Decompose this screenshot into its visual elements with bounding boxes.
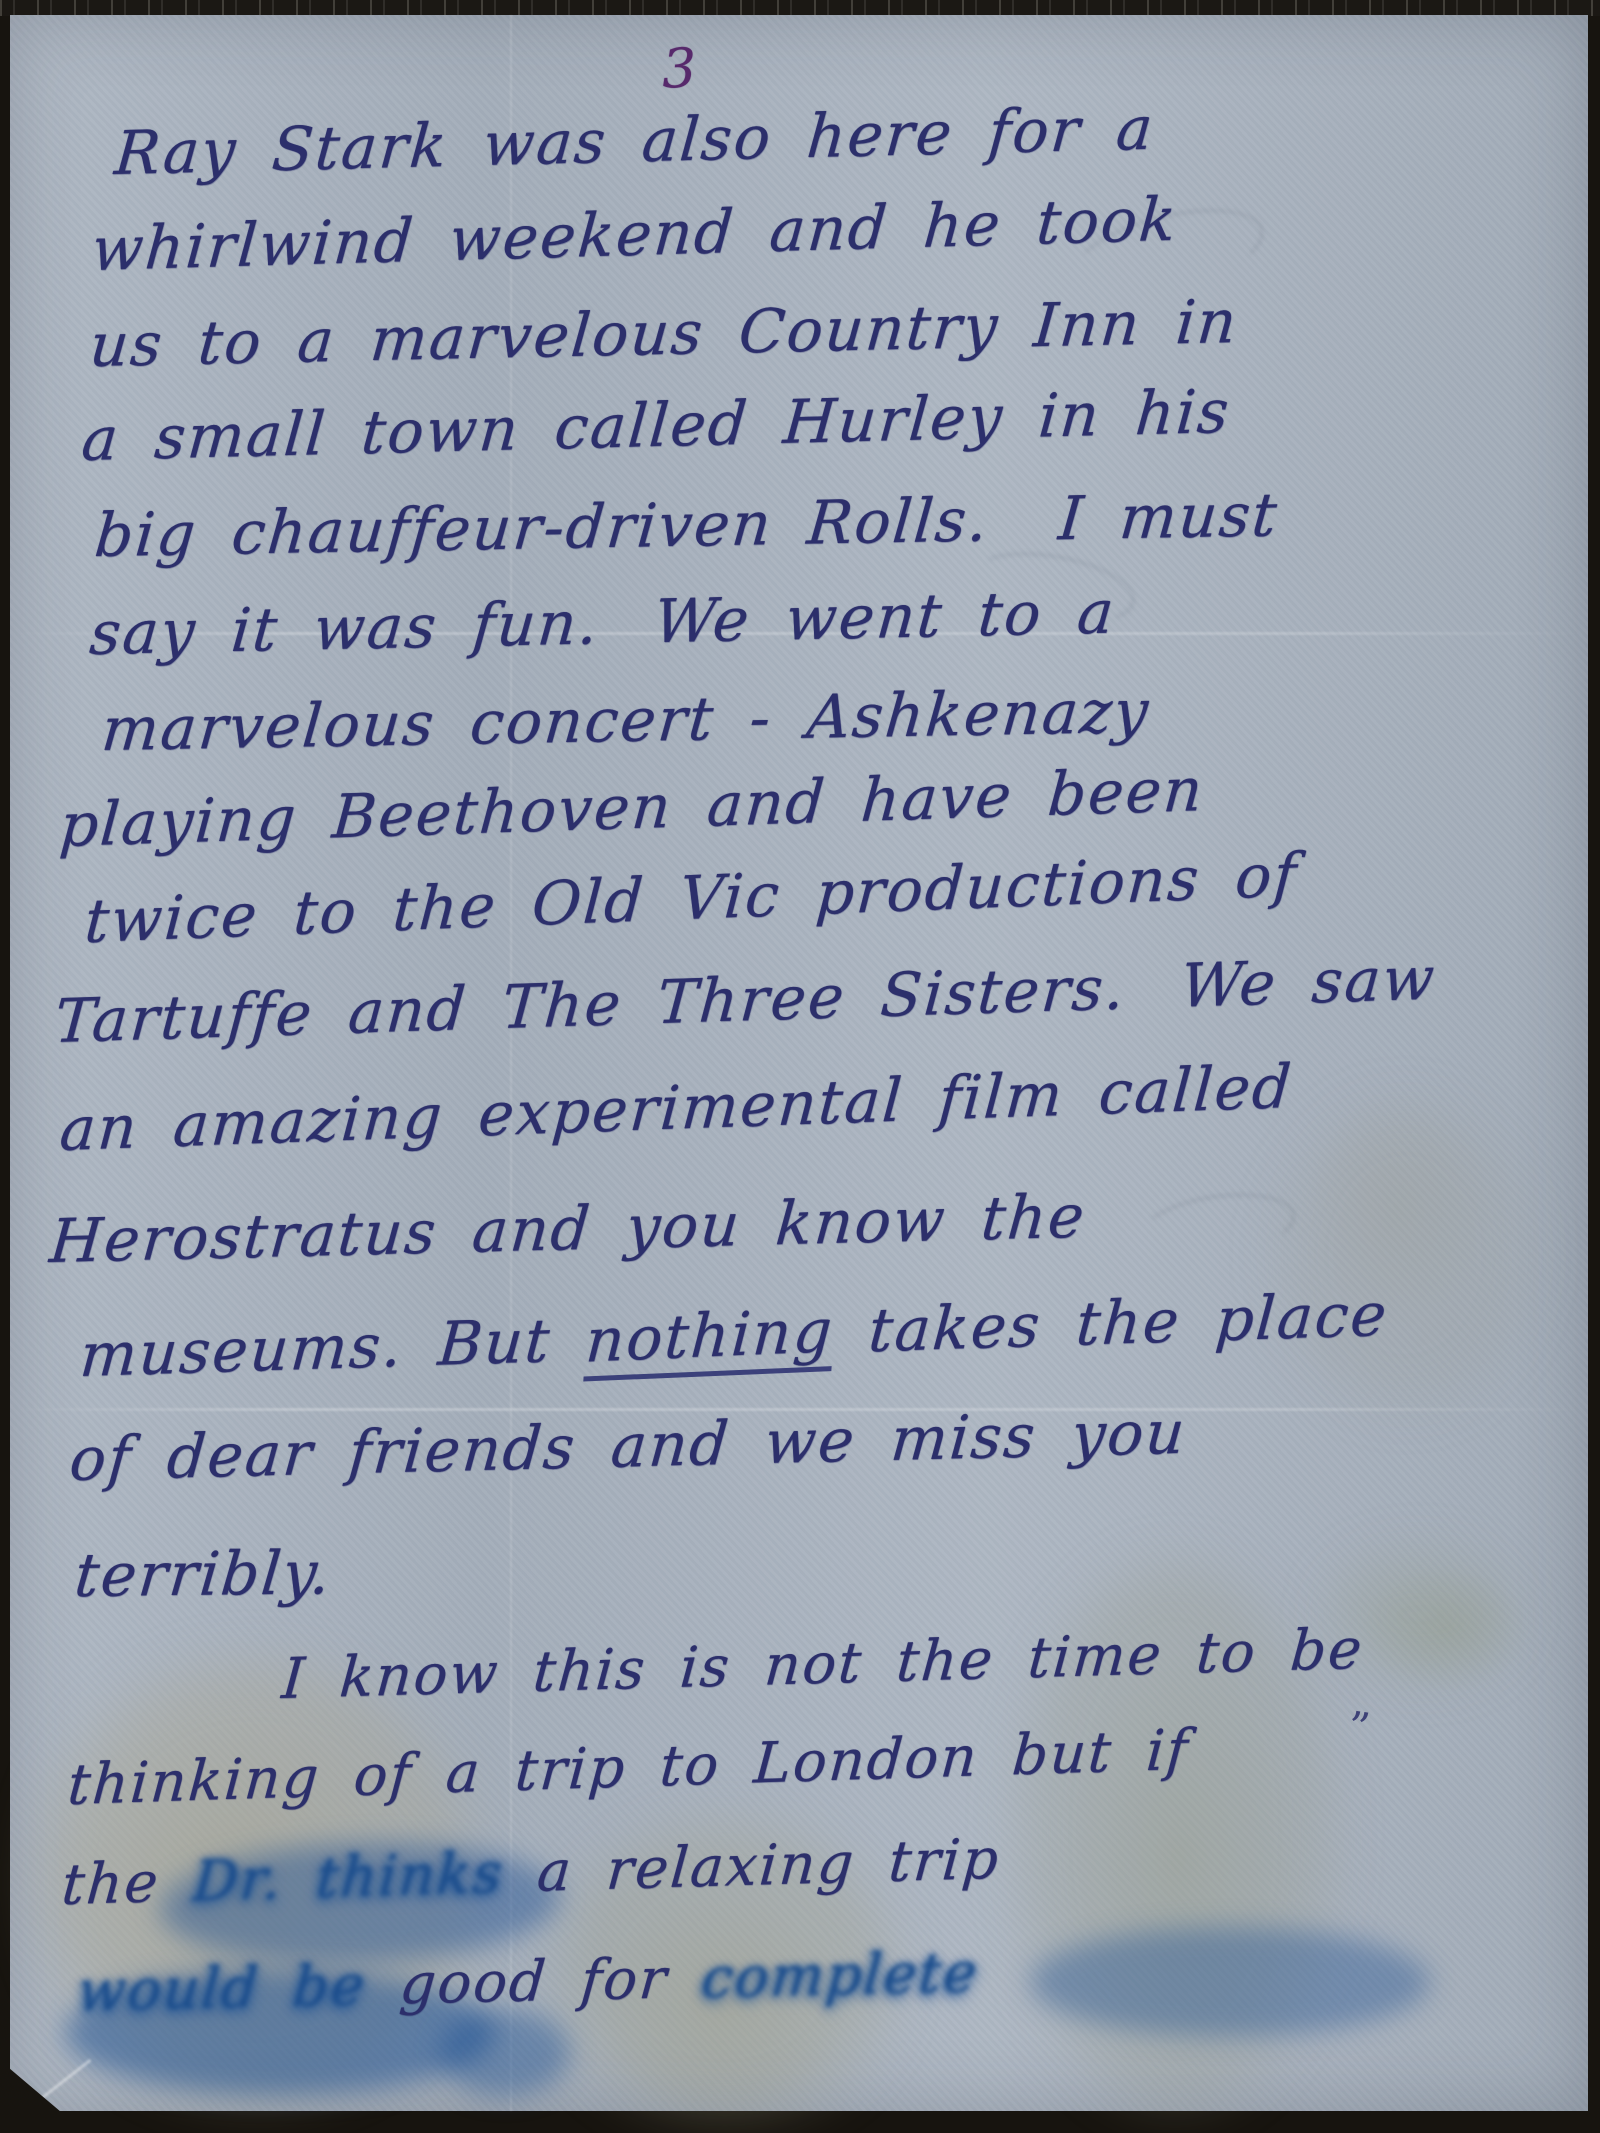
handwriting-text: the [59, 1849, 195, 1918]
handwriting-line-11: an amazing experimental film called [58, 1052, 1296, 1165]
stray-ink-mark: ” [1345, 1702, 1373, 1754]
handwriting-text: Ray Stark was also here for a [112, 94, 1157, 190]
smudged-word: Dr. thinks [191, 1841, 506, 1915]
handwriting-text: Tartuffe and The Three Sisters. [52, 953, 1128, 1057]
handwriting-text: us to a marvelous Country Inn in [87, 287, 1241, 381]
handwriting-line-07: marvelous concert - Ashkenazy [99, 677, 1153, 765]
handwriting-line-19: would be good for complete [75, 1940, 981, 2024]
handwriting-line-03: us to a marvelous Country Inn in [87, 287, 1241, 381]
handwriting-line-08: playing Beethoven and have been [57, 755, 1206, 861]
handwriting-line-16: I know this is not the time to be [279, 1617, 1365, 1712]
handwriting-text: thinking of a trip to London but if [66, 1718, 1192, 1818]
handwriting-text: say it was fun. [87, 588, 602, 669]
handwriting-line-18: the Dr. thinks a relaxing trip [59, 1827, 1002, 1918]
handwriting-text: terribly. [72, 1538, 335, 1611]
handwriting-line-04: a small town called Hurley in his [79, 377, 1233, 475]
handwriting-text: I must [1056, 480, 1281, 554]
handwriting-text: takes the place [831, 1280, 1390, 1368]
smudged-word: complete [699, 1940, 981, 2011]
handwriting-line-14: of dear friends and we miss you [67, 1398, 1189, 1495]
handwriting-text: big chauffeur-driven Rolls. [92, 485, 992, 571]
handwriting-line-01: Ray Stark was also here for a [112, 94, 1157, 190]
handwriting-text: a relaxing trip [501, 1827, 1002, 1906]
underlined-word: nothing [584, 1296, 837, 1382]
letter-body: 3 Ray Stark was also here for a whirlwin… [10, 15, 1588, 2111]
handwriting-text: whirlwind weekend and he took [89, 185, 1180, 285]
handwriting-line-09: twice to the Old Vic productions of [83, 840, 1300, 957]
scan-frame-edge [0, 0, 1600, 16]
smudged-word: would be [75, 1953, 369, 2024]
handwriting-text: We went to a [651, 577, 1118, 657]
handwriting-line-06: say it was fun.We went to a [87, 577, 1118, 669]
handwriting-line-10: Tartuffe and The Three Sisters.We saw [52, 944, 1438, 1058]
handwriting-text: I know this is not the time to be [279, 1617, 1365, 1712]
folded-corner [9, 2068, 61, 2112]
handwriting-text: museums. But [78, 1305, 589, 1391]
handwriting-text: We saw [1178, 944, 1438, 1022]
handwriting-line-17: thinking of a trip to London but if [66, 1718, 1192, 1818]
handwriting-text: playing Beethoven and have been [57, 755, 1206, 861]
handwriting-text: a small town called Hurley in his [79, 377, 1233, 475]
handwriting-line-02: whirlwind weekend and he took [89, 185, 1180, 285]
handwriting-line-12: Herostratus and you know the [47, 1182, 1088, 1277]
handwriting-text: good for [363, 1946, 704, 2018]
page-number: 3 [661, 36, 698, 100]
handwriting-text: of dear friends and we miss you [67, 1398, 1189, 1495]
letter-page: 3 Ray Stark was also here for a whirlwin… [10, 15, 1588, 2111]
handwriting-text: an amazing experimental film called [58, 1052, 1296, 1165]
handwriting-text: twice to the Old Vic productions of [83, 840, 1300, 957]
handwriting-line-15: terribly. [72, 1538, 335, 1611]
handwriting-line-05: big chauffeur-driven Rolls.I must [92, 480, 1281, 571]
handwriting-line-13: museums. But nothing takes the place [77, 1280, 1390, 1396]
handwriting-text: Herostratus and you know the [47, 1182, 1088, 1277]
handwriting-text: marvelous concert - Ashkenazy [99, 677, 1153, 765]
